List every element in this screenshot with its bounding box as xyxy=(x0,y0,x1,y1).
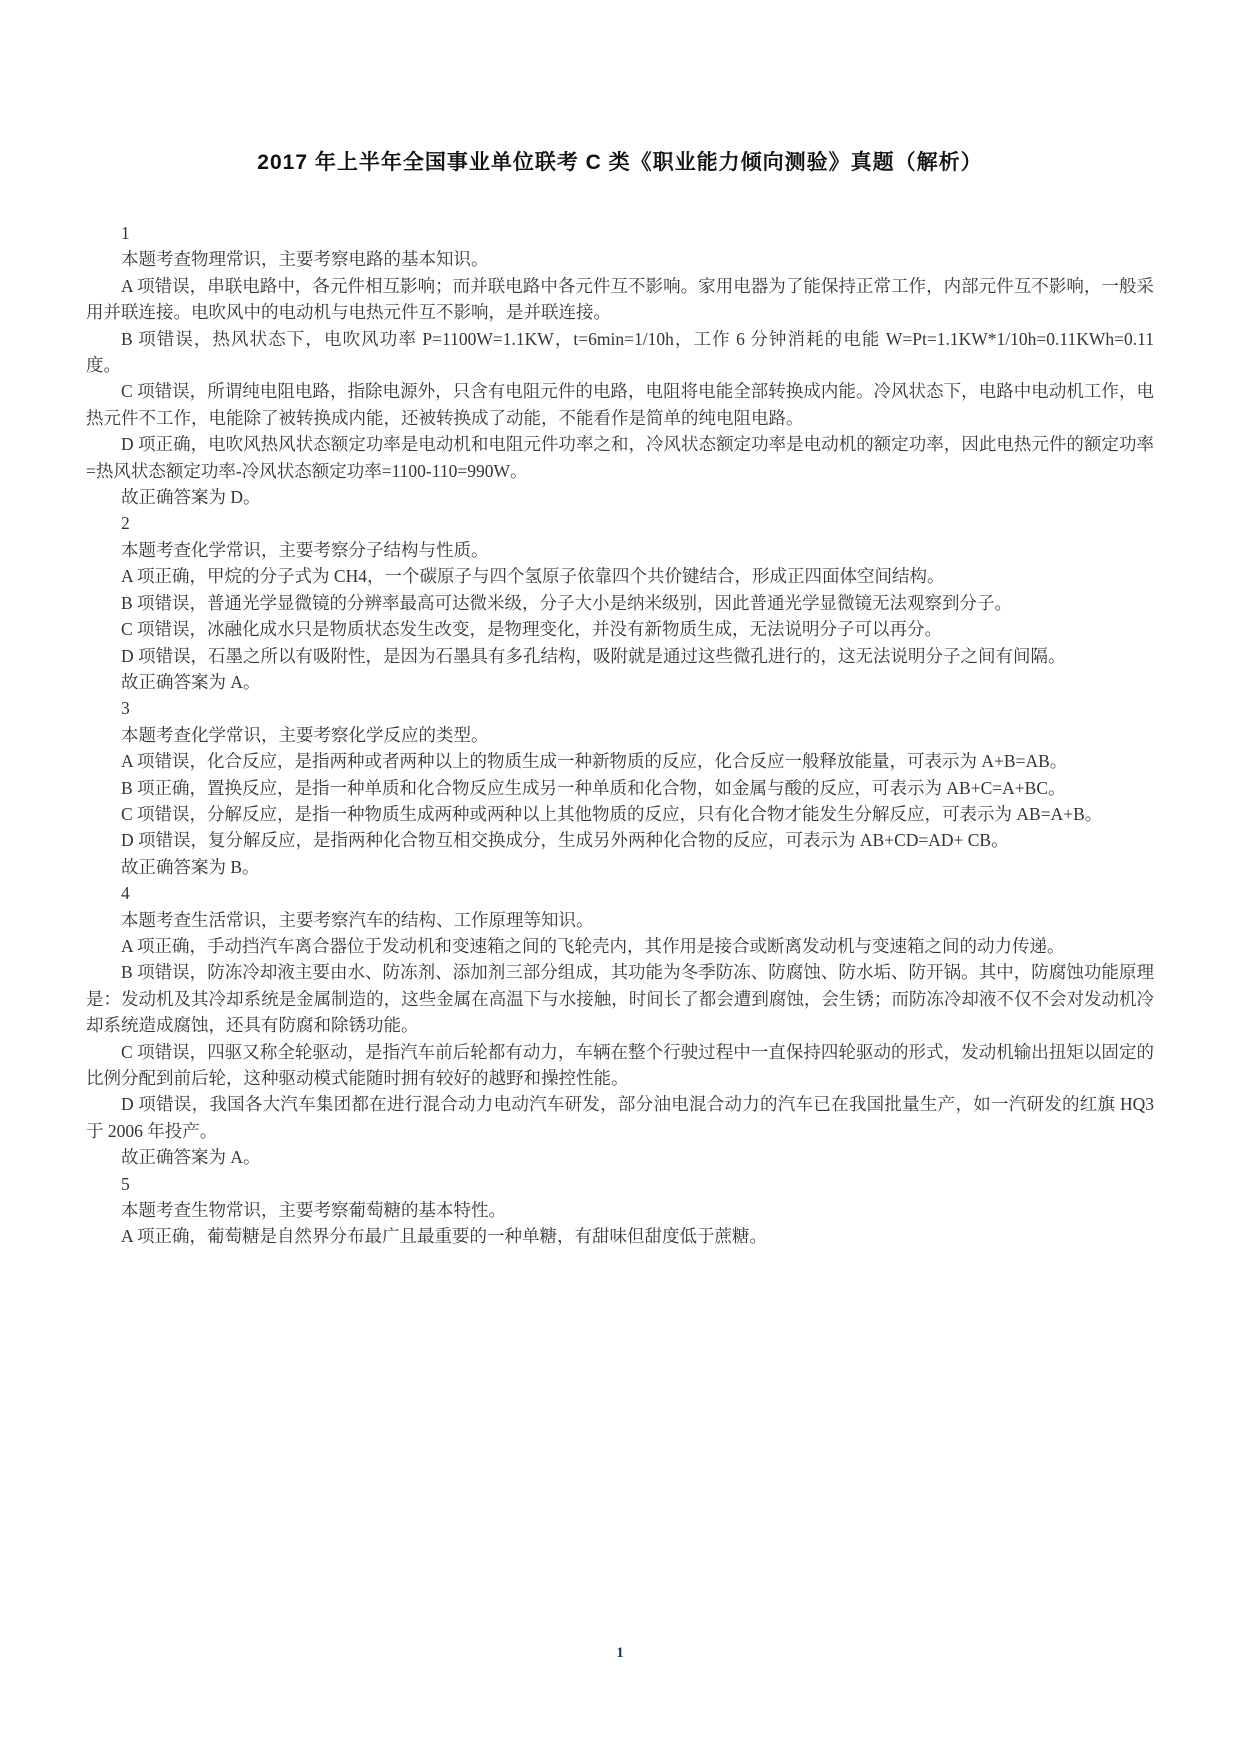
paragraph: 本题考查生物常识，主要考察葡萄糖的基本特性。 xyxy=(86,1197,1154,1223)
paragraph: C 项错误，所谓纯电阻电路，指除电源外，只含有电阻元件的电路，电阻将电能全部转换… xyxy=(86,378,1154,431)
paragraph: B 项错误，热风状态下，电吹风功率 P=1100W=1.1KW，t=6min=1… xyxy=(86,326,1154,379)
paragraph: A 项正确，葡萄糖是自然界分布最广且最重要的一种单糖，有甜味但甜度低于蔗糖。 xyxy=(86,1223,1154,1249)
paragraph: C 项错误，冰融化成水只是物质状态发生改变，是物理变化，并没有新物质生成，无法说… xyxy=(86,616,1154,642)
paragraph: A 项错误，串联电路中，各元件相互影响；而并联电路中各元件互不影响。家用电器为了… xyxy=(86,273,1154,326)
question-number: 2 xyxy=(86,510,1154,536)
paragraph: 本题考查物理常识，主要考察电路的基本知识。 xyxy=(86,246,1154,272)
question-number: 4 xyxy=(86,880,1154,906)
paragraph: B 项正确，置换反应，是指一种单质和化合物反应生成另一种单质和化合物，如金属与酸… xyxy=(86,775,1154,801)
paragraph: B 项错误，普通光学显微镜的分辨率最高可达微米级，分子大小是纳米级别，因此普通光… xyxy=(86,590,1154,616)
document-title: 2017 年上半年全国事业单位联考 C 类《职业能力倾向测验》真题（解析） xyxy=(86,146,1154,176)
question-number: 5 xyxy=(86,1171,1154,1197)
paragraph: D 项错误，石墨之所以有吸附性，是因为石墨具有多孔结构，吸附就是通过这些微孔进行… xyxy=(86,643,1154,669)
paragraph: C 项错误，分解反应，是指一种物质生成两种或两种以上其他物质的反应，只有化合物才… xyxy=(86,801,1154,827)
question-number: 3 xyxy=(86,695,1154,721)
paragraph: C 项错误，四驱又称全轮驱动，是指汽车前后轮都有动力，车辆在整个行驶过程中一直保… xyxy=(86,1039,1154,1092)
paragraph: D 项错误，复分解反应，是指两种化合物互相交换成分，生成另外两种化合物的反应，可… xyxy=(86,827,1154,853)
answer-line: 故正确答案为 A。 xyxy=(86,1144,1154,1170)
paragraph: A 项正确，手动挡汽车离合器位于发动机和变速箱之间的飞轮壳内，其作用是接合或断离… xyxy=(86,933,1154,959)
paragraph: 本题考查化学常识，主要考察分子结构与性质。 xyxy=(86,537,1154,563)
paragraph: 本题考查生活常识，主要考察汽车的结构、工作原理等知识。 xyxy=(86,907,1154,933)
document-page: 2017 年上半年全国事业单位联考 C 类《职业能力倾向测验》真题（解析） 1 … xyxy=(0,0,1240,1754)
paragraph: D 项正确，电吹风热风状态额定功率是电动机和电阻元件功率之和，冷风状态额定功率是… xyxy=(86,431,1154,484)
paragraph: 本题考查化学常识，主要考察化学反应的类型。 xyxy=(86,722,1154,748)
answer-line: 故正确答案为 B。 xyxy=(86,854,1154,880)
page-number: 1 xyxy=(0,1645,1240,1662)
paragraph: B 项错误，防冻冷却液主要由水、防冻剂、添加剂三部分组成，其功能为冬季防冻、防腐… xyxy=(86,959,1154,1038)
paragraph: D 项错误，我国各大汽车集团都在进行混合动力电动汽车研发，部分油电混合动力的汽车… xyxy=(86,1091,1154,1144)
paragraph: A 项正确，甲烷的分子式为 CH4，一个碳原子与四个氢原子依靠四个共价键结合，形… xyxy=(86,563,1154,589)
paragraph: A 项错误，化合反应，是指两种或者两种以上的物质生成一种新物质的反应，化合反应一… xyxy=(86,748,1154,774)
answer-line: 故正确答案为 A。 xyxy=(86,669,1154,695)
answer-line: 故正确答案为 D。 xyxy=(86,484,1154,510)
question-number: 1 xyxy=(86,220,1154,246)
document-body: 1 本题考查物理常识，主要考察电路的基本知识。 A 项错误，串联电路中，各元件相… xyxy=(86,220,1154,1250)
